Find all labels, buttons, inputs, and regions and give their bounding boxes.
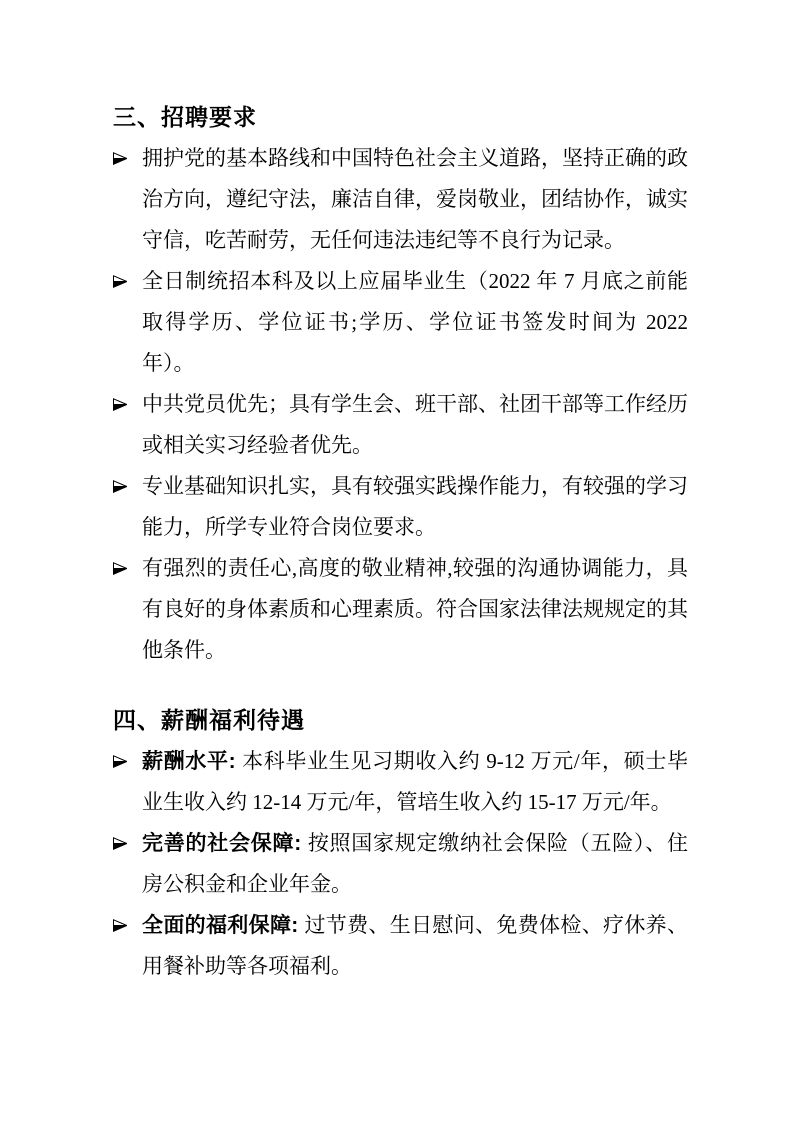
- document-page: 三、招聘要求 拥护党的基本路线和中国特色社会主义道路，坚持正确的政治方向，遵纪守…: [0, 0, 794, 1123]
- section-heading-recruitment-requirements: 三、招聘要求: [113, 102, 688, 132]
- arrowhead-bullet-icon: [113, 261, 142, 288]
- list-item: 中共党员优先；具有学生会、班干部、社团干部等工作经历或相关实习经验者优先。: [113, 384, 688, 466]
- list-item: 薪酬水平: 本科毕业生见习期收入约 9-12 万元/年，硕士毕业生收入约 12-…: [113, 741, 688, 823]
- list-item-text: 拥护党的基本路线和中国特色社会主义道路，坚持正确的政治方向，遵纪守法，廉洁自律，…: [142, 138, 688, 261]
- list-item-text: 有强烈的责任心,高度的敬业精神,较强的沟通协调能力，具有良好的身体素质和心理素质…: [142, 548, 688, 671]
- arrowhead-bullet-icon: [113, 823, 142, 850]
- list-item: 完善的社会保障: 按照国家规定缴纳社会保险（五险）、住房公积金和企业年金。: [113, 823, 688, 905]
- arrowhead-bullet-icon: [113, 138, 142, 165]
- list-item-text: 专业基础知识扎实，具有较强实践操作能力，有较强的学习能力，所学专业符合岗位要求。: [142, 466, 688, 548]
- list-item-text: 全面的福利保障: 过节费、生日慰问、免费体检、疗休养、用餐补助等各项福利。: [142, 905, 688, 987]
- recruitment-requirements-list: 拥护党的基本路线和中国特色社会主义道路，坚持正确的政治方向，遵纪守法，廉洁自律，…: [113, 138, 688, 671]
- salary-benefits-list: 薪酬水平: 本科毕业生见习期收入约 9-12 万元/年，硕士毕业生收入约 12-…: [113, 741, 688, 987]
- list-item-text: 薪酬水平: 本科毕业生见习期收入约 9-12 万元/年，硕士毕业生收入约 12-…: [142, 741, 688, 823]
- list-item: 全日制统招本科及以上应届毕业生（2022 年 7 月底之前能取得学历、学位证书;…: [113, 261, 688, 384]
- list-item-label: 完善的社会保障:: [142, 832, 308, 855]
- section-salary-benefits: 四、薪酬福利待遇 薪酬水平: 本科毕业生见习期收入约 9-12 万元/年，硕士毕…: [113, 705, 688, 987]
- arrowhead-bullet-icon: [113, 384, 142, 411]
- arrowhead-bullet-icon: [113, 741, 142, 768]
- list-item: 全面的福利保障: 过节费、生日慰问、免费体检、疗休养、用餐补助等各项福利。: [113, 905, 688, 987]
- list-item-text: 中共党员优先；具有学生会、班干部、社团干部等工作经历或相关实习经验者优先。: [142, 384, 688, 466]
- arrowhead-bullet-icon: [113, 905, 142, 932]
- list-item: 有强烈的责任心,高度的敬业精神,较强的沟通协调能力，具有良好的身体素质和心理素质…: [113, 548, 688, 671]
- list-item-text: 完善的社会保障: 按照国家规定缴纳社会保险（五险）、住房公积金和企业年金。: [142, 823, 688, 905]
- arrowhead-bullet-icon: [113, 548, 142, 575]
- section-recruitment-requirements: 三、招聘要求 拥护党的基本路线和中国特色社会主义道路，坚持正确的政治方向，遵纪守…: [113, 102, 688, 671]
- section-heading-salary-benefits: 四、薪酬福利待遇: [113, 705, 688, 735]
- list-item: 专业基础知识扎实，具有较强实践操作能力，有较强的学习能力，所学专业符合岗位要求。: [113, 466, 688, 548]
- list-item-text: 全日制统招本科及以上应届毕业生（2022 年 7 月底之前能取得学历、学位证书;…: [142, 261, 688, 384]
- arrowhead-bullet-icon: [113, 466, 142, 493]
- list-item: 拥护党的基本路线和中国特色社会主义道路，坚持正确的政治方向，遵纪守法，廉洁自律，…: [113, 138, 688, 261]
- list-item-label: 全面的福利保障:: [142, 914, 304, 937]
- list-item-label: 薪酬水平:: [142, 750, 242, 773]
